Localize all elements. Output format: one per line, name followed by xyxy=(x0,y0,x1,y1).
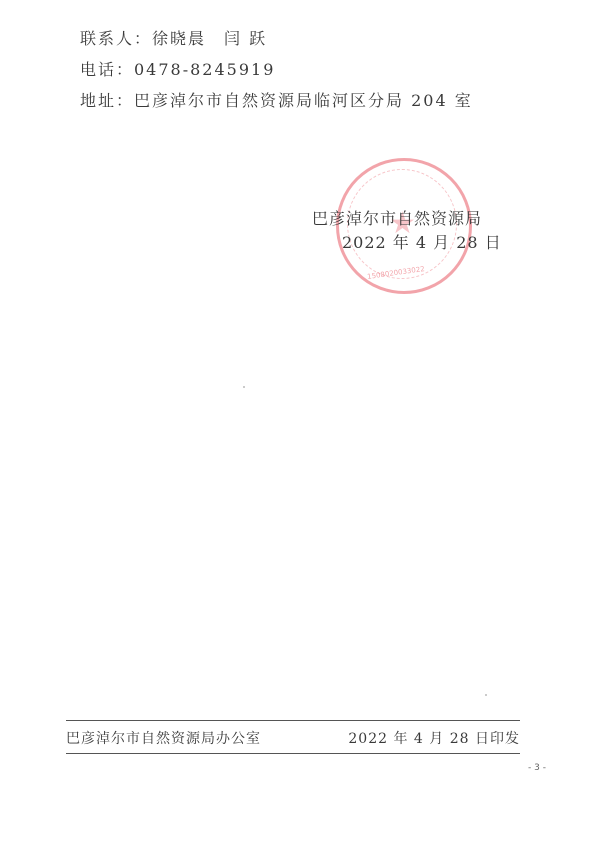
contact-phone: 电话：0478-8245919 xyxy=(80,57,275,80)
scan-speck xyxy=(243,386,245,388)
signature-date: 2022 年 4 月 28 日 xyxy=(342,230,502,253)
footer-issuer: 巴彦淖尔市自然资源局办公室 xyxy=(66,728,261,748)
contact-people: 联系人：徐晓晨 闫 跃 xyxy=(80,26,267,49)
signature-organization: 巴彦淖尔市自然资源局 xyxy=(312,206,482,229)
footer-issue-date: 2022 年 4 月 28 日印发 xyxy=(348,728,520,748)
footer-bottom-rule xyxy=(66,753,520,754)
contact-address: 地址：巴彦淖尔市自然资源局临河区分局 204 室 xyxy=(80,88,473,111)
footer-top-rule xyxy=(66,720,520,721)
scan-speck xyxy=(485,694,487,696)
page-number: - 3 - xyxy=(528,763,546,773)
